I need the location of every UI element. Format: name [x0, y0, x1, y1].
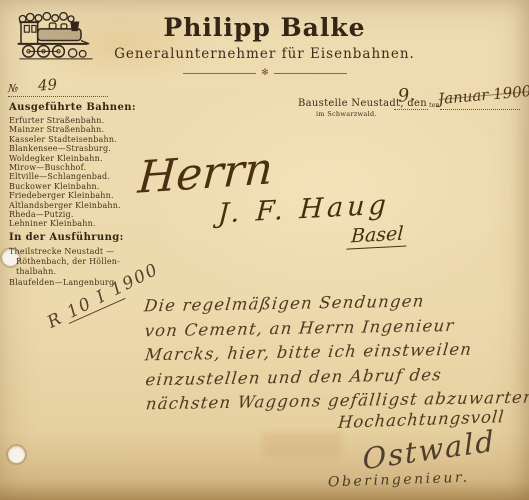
railway-list-item: Erfurter Straßenbahn. [9, 116, 121, 125]
railway-list-item: Buckower Kleinbahn. [9, 182, 121, 191]
completed-railways-list: Erfurter Straßenbahn. Mainzer Straßenbah… [9, 116, 121, 229]
railway-list-item: Blankensee—Strasburg. [9, 144, 121, 153]
ornament-divider: ✻ [183, 69, 347, 78]
railway-list-item: Mirow—Buschhof. [9, 163, 121, 172]
punch-hole-bottom [8, 446, 25, 463]
handwritten-day: 9. [397, 84, 416, 107]
ink-bleed-stain [262, 432, 342, 458]
letter-document: Philipp Balke Generalunternehmer für Eis… [0, 0, 529, 500]
number-label: № [8, 82, 18, 95]
railway-list-item: Woldegker Kleinbahn. [9, 154, 121, 163]
company-name: Philipp Balke [0, 13, 529, 42]
dateline: Baustelle Neustadt, den im Schwarzwald. … [298, 93, 523, 123]
railway-list-item: Mainzer Straßenbahn. [9, 125, 121, 134]
salutation-handwritten: Herrn [136, 143, 274, 204]
railway-list-item: Lehniner Kleinbahn. [9, 219, 121, 228]
railway-list-item: Röthenbach, der Höllen- [9, 257, 120, 267]
inprogress-railways-list: Theilstrecke Neustadt — Röthenbach, der … [9, 247, 120, 288]
railway-list-item: Kasseler Stadteisenbahn. [9, 135, 121, 144]
ornament-icon: ✻ [256, 69, 274, 78]
number-value-handwritten: 49 [37, 75, 57, 94]
dateline-region: im Schwarzwald. [316, 110, 377, 118]
railway-list-item: Altlandsberger Kleinbahn. [9, 201, 121, 210]
railway-list-item: Eltville—Schlangenbad. [9, 172, 121, 181]
railway-list-item: Friedeberger Kleinbahn. [9, 191, 121, 200]
railway-list-item: Theilstrecke Neustadt — [9, 247, 120, 257]
letter-body: Die regelmäßigen Sendungen von Cement, a… [144, 288, 529, 417]
company-subtitle: Generalunternehmer für Eisenbahnen. [0, 46, 529, 62]
recipient-city-handwritten: Basel [346, 222, 408, 249]
completed-railways-heading: Ausgeführte Bahnen: [9, 102, 136, 113]
document-number-line: № 49 [8, 80, 108, 97]
railway-list-item: thalbahn. [9, 267, 120, 277]
signature-handwritten: Ostwald [362, 424, 497, 477]
inprogress-railways-heading: In der Ausführung: [9, 232, 124, 243]
railway-list-item: Rheda—Putzig. [9, 210, 121, 219]
signature-title-handwritten: Oberingenieur. [328, 470, 470, 491]
